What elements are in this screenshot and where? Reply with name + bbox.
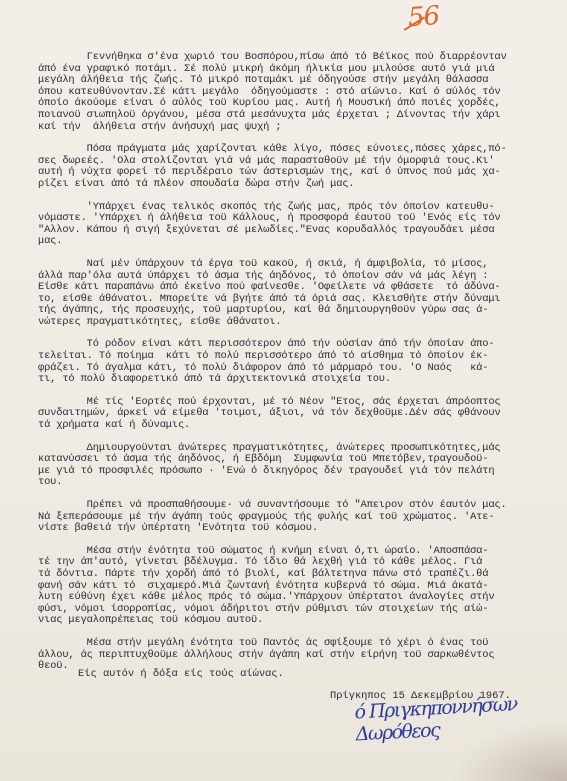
paragraph: Μέ τίς 'Εορτές πού έρχονται, μέ τό Νέον …	[38, 397, 558, 432]
text-line: καί τήν άλήθεια στήν άνήσυχή μας ψυχή ;	[38, 122, 558, 134]
paragraph: 'Υπάρχει ένας τελικός σκοπός τής ζωής μα…	[38, 202, 558, 248]
paragraph: Γεννήθηκα σ'ένα χωριό του Βοσπόρου,πίσω …	[38, 52, 558, 133]
text-line: τά χρήματα καί ή δύναμις.	[38, 420, 558, 432]
page-number: 56	[407, 1, 440, 33]
text-line: Είσθε κάτι παραπάνω άπό έκείνο πού φαίνε…	[38, 282, 558, 294]
text-line: τι, τό πολύ διαφορετικό άπό τά άρχιτεκτο…	[38, 374, 558, 386]
paragraph: Πόσα πράγματα μάς χαρίζονται κάθε λίγο, …	[38, 144, 558, 190]
text-line: "Αλλον. Κάπου ή σιγή ξεχύνεται σέ μελωδί…	[38, 225, 558, 237]
text-line: με γιά τό προσφιλές πρόσωπο · 'Ενώ ό δικ…	[38, 466, 558, 478]
text-line: νίστε βαθειά τήν ύπέρτατη 'Ενότητα τοϋ κ…	[38, 523, 558, 535]
text-line: άλλου, άς περιπτυχθοϋμε άλλήλους στήν άγ…	[38, 650, 558, 662]
text-line: ποιανοϋ σιωπηλοϋ όργάνου, μέσα στά μεσάν…	[38, 110, 558, 122]
paragraph: Δημιουργοϋνται άνώτερες πραγματικότητες,…	[38, 443, 558, 489]
text-line: Πόσα πράγματα μάς χαρίζονται κάθε λίγο, …	[38, 144, 558, 156]
text-line: Γεννήθηκα σ'ένα χωριό του Βοσπόρου,πίσω …	[38, 52, 558, 64]
text-line: ρίζει είναι άπό τά πλέον σπουδαία δώρα σ…	[38, 179, 558, 191]
paragraph: Ναί μέν ύπάρχουν τά έργα τοϋ κακοϋ, ή σκ…	[38, 259, 558, 329]
text-line: τά δόντια. Πάρτε τήν χορδή άπό τό βιολί,…	[38, 569, 558, 581]
text-line: Πρέπει νά προσπαθήσουμε· νά συναντήσουμε…	[38, 500, 558, 512]
paper-shadow	[447, 721, 567, 781]
text-line: τελείται. Τό ποίημα κάτι τό πολύ περισσό…	[38, 351, 558, 363]
text-line: λυτη εύθύνη έχει κάθε μέλος πρός τό σώμα…	[38, 592, 558, 604]
text-line: Μέσα στήν μεγάλη ένότητα τοϋ Παντός άς σ…	[38, 638, 558, 650]
letter-body: Γεννήθηκα σ'ένα χωριό του Βοσπόρου,πίσω …	[38, 52, 558, 684]
text-line: νιας μεγαλοπρέπειας τοϋ κόσμου αυτοϋ.	[38, 615, 558, 627]
document-page: 56 Γεννήθηκα σ'ένα χωριό του Βοσπόρου,πί…	[0, 0, 567, 781]
paragraph: Μέσα στήν ένότητα τοϋ σώματος ή κνήμη εί…	[38, 546, 558, 627]
paragraph: Πρέπει νά προσπαθήσουμε· νά συναντήσουμε…	[38, 500, 558, 535]
text-line: νώτερες πραγματικότητες, είσθε άθάνατοι.	[38, 317, 558, 329]
text-line: του.	[38, 477, 558, 489]
text-line: μας.	[38, 236, 558, 248]
text-line: νόμαστε. 'Υπάρχει ή άλήθεια τοϋ Κάλλους,…	[38, 213, 558, 225]
closing-line: Είς αυτόν ή δόξα είς τούς αίώνας.	[78, 668, 284, 680]
text-line: Ναί μέν ύπάρχουν τά έργα τοϋ κακοϋ, ή σκ…	[38, 259, 558, 271]
paragraph: Τό ρόδον είναι κάτι περισσότερον άπό τήν…	[38, 339, 558, 385]
